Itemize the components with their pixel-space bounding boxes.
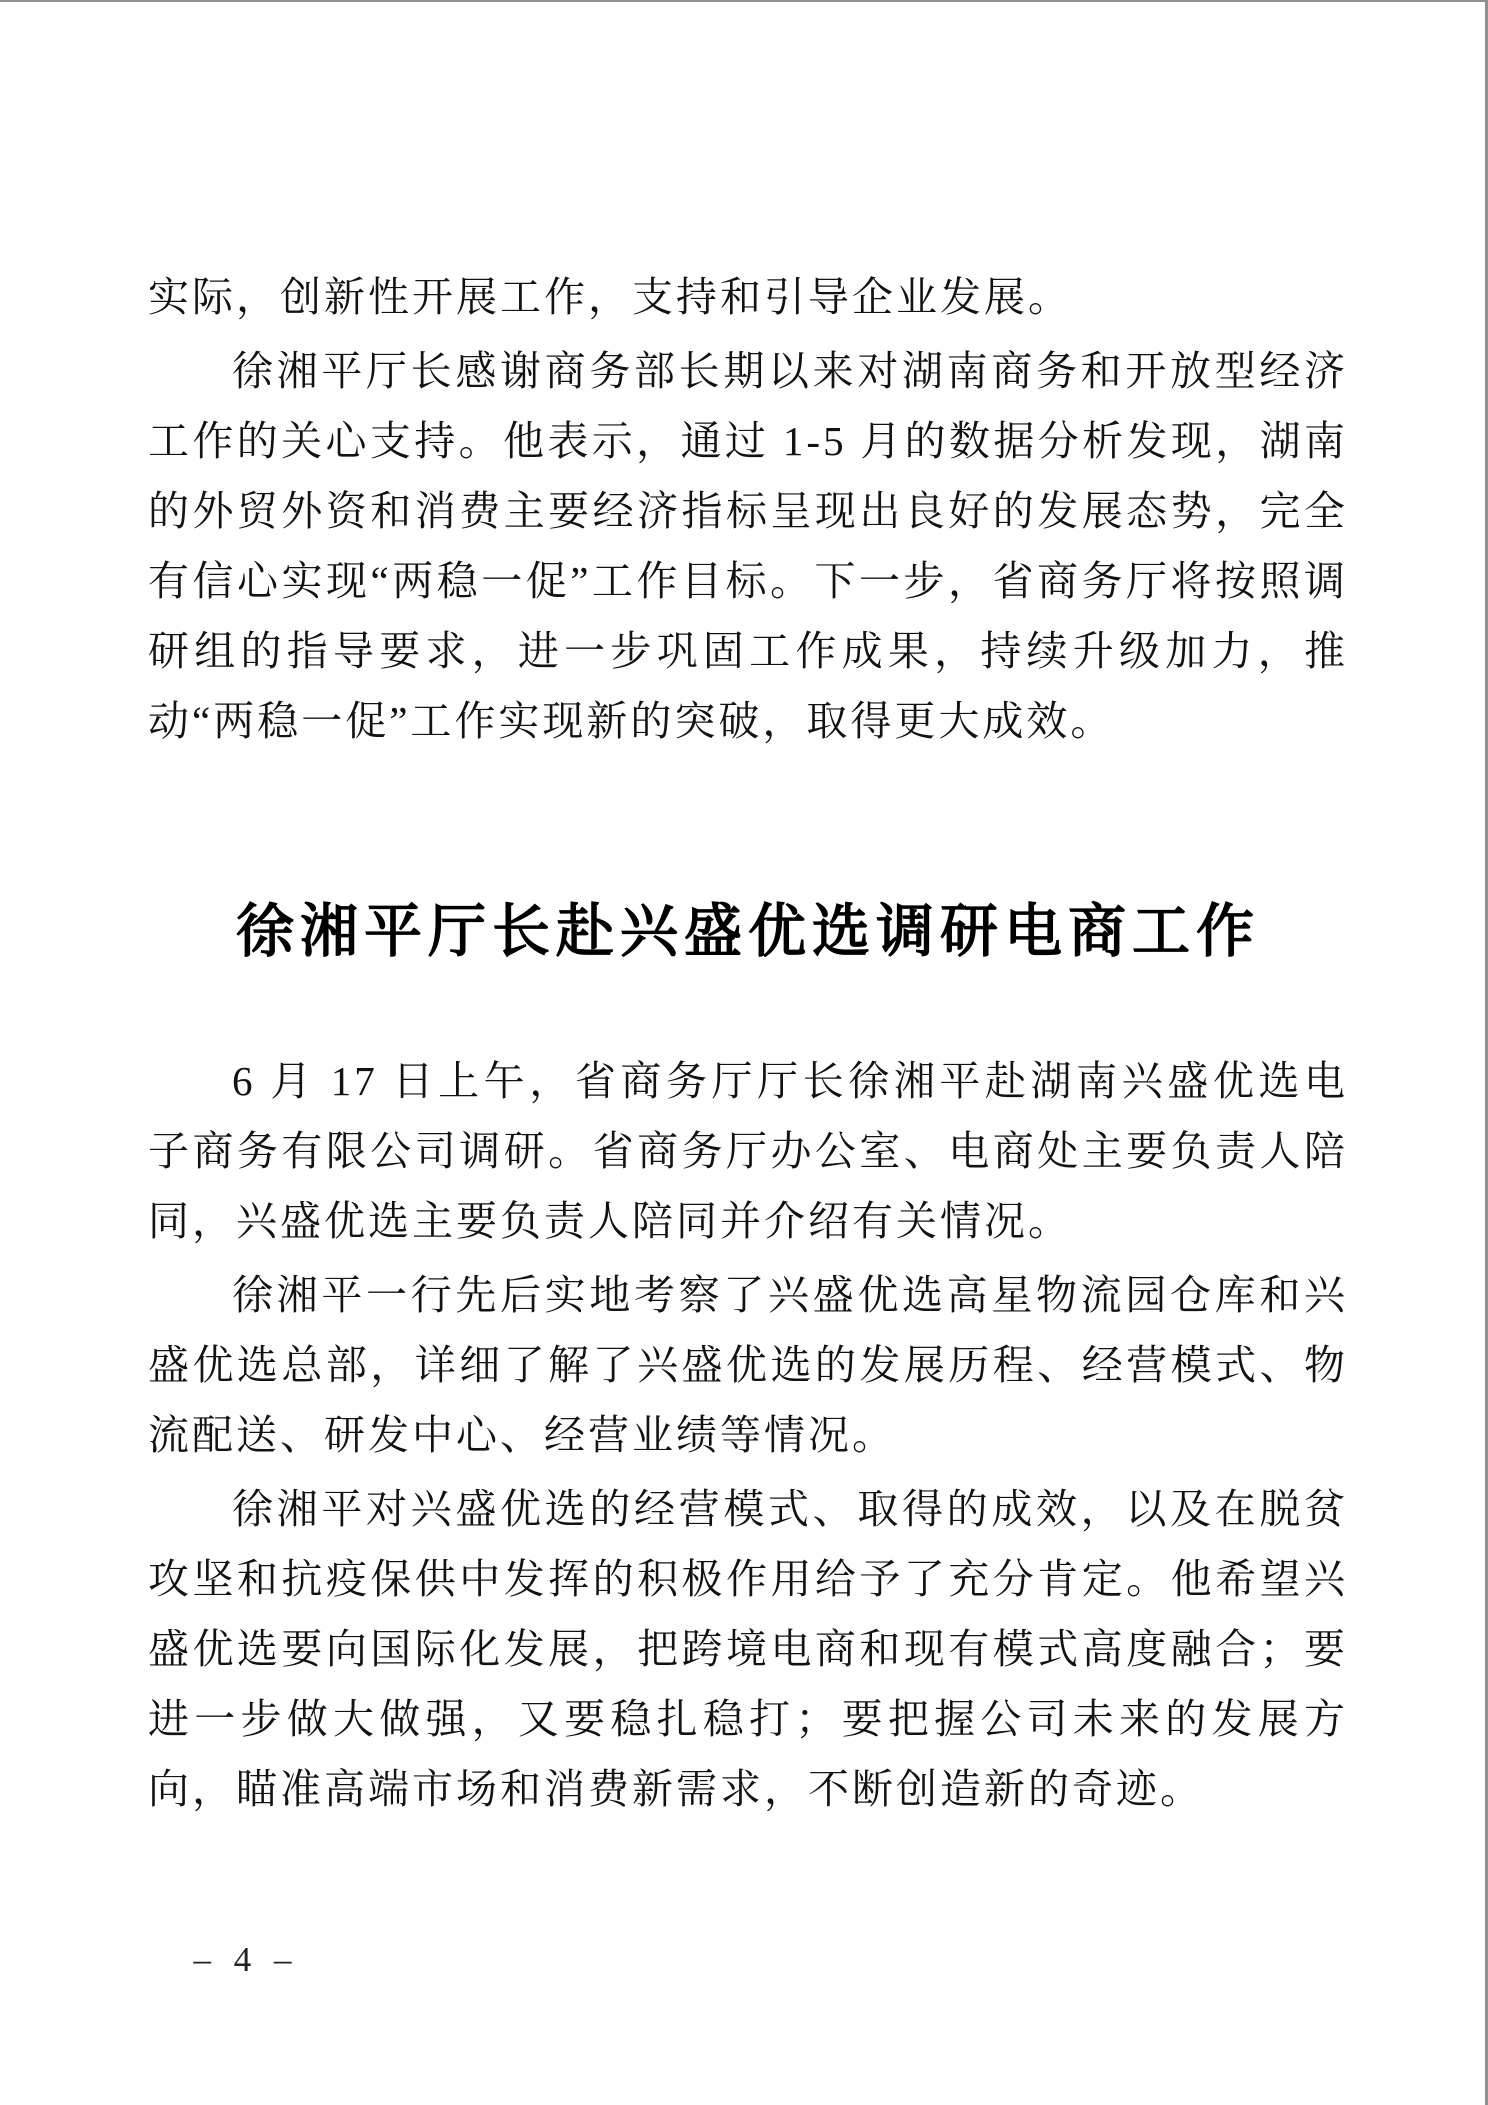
paragraph: 徐湘平对兴盛优选的经营模式、取得的成效，以及在脱贫攻坚和抗疫保供中发挥的积极作用… (148, 1474, 1348, 1824)
paragraph-continued: 实际，创新性开展工作，支持和引导企业发展。 (148, 262, 1348, 332)
page-number: – 4 – (188, 1938, 304, 1982)
paragraph: 6 月 17 日上午，省商务厅厅长徐湘平赴湖南兴盛优选电子商务有限公司调研。省商… (148, 1046, 1348, 1256)
section-title: 徐湘平厅长赴兴盛优选调研电商工作 (148, 896, 1348, 968)
paragraph: 徐湘平一行先后实地考察了兴盛优选高星物流园仓库和兴盛优选总部，详细了解了兴盛优选… (148, 1260, 1348, 1470)
document-content: 实际，创新性开展工作，支持和引导企业发展。 徐湘平厅长感谢商务部长期以来对湖南商… (148, 262, 1348, 1828)
document-page: 实际，创新性开展工作，支持和引导企业发展。 徐湘平厅长感谢商务部长期以来对湖南商… (0, 0, 1488, 2105)
paragraph: 徐湘平厅长感谢商务部长期以来对湖南商务和开放型经济工作的关心支持。他表示，通过 … (148, 336, 1348, 756)
